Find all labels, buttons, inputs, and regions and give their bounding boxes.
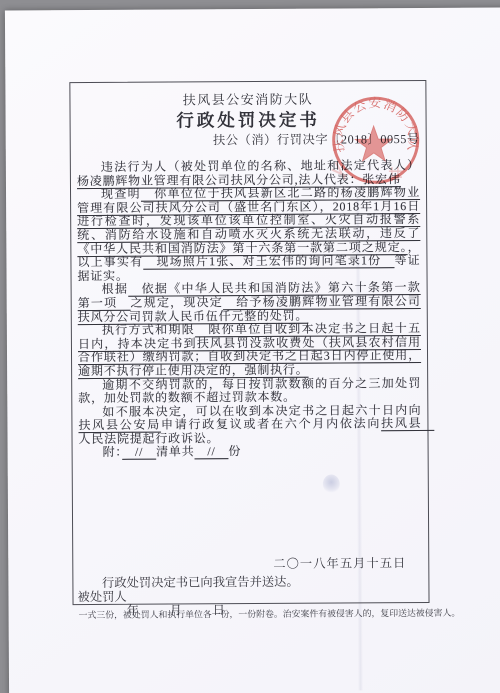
label-text: 份 — [228, 445, 241, 459]
label-text: 申请行政复议或者在六个月内依法向 — [161, 417, 381, 432]
label-text: 执行方式和期限 — [102, 323, 195, 338]
label-text: 根据 — [102, 282, 129, 296]
label-text: 现查明 — [101, 187, 141, 201]
document-border-box: 扶风县公安消防大队 行政处罚决定书 扶公（消）行罚决字〔2018〕0055号 扶… — [69, 80, 429, 605]
label-text: 逾期不交纳罚款的，每日按罚款数额的百分之三加处罚款，加处罚款的数额不超过罚款本数… — [78, 376, 421, 406]
copies-distribution-note: 一式三份，被处罚人和执行单位各一份，一份附卷。治安案件有被侵害人的，复印送达被侵… — [79, 606, 445, 621]
filled-text: 扶风县 — [381, 416, 434, 430]
paragraph-legal-basis: 根据 依据《中华人民共和国消防法》第六十条第一款第一项 之规定，现决定 给予杨凌… — [78, 281, 421, 324]
stamp-artifact — [332, 162, 347, 179]
official-seal-icon: 扶风县公安消防大队 — [317, 82, 434, 199]
document-body: 违法行为人（被处罚单位的名称、地址和法定代表人）杨凌鹏辉物业管理有限公司扶风分公… — [75, 159, 424, 460]
filled-text: 扶风县公安局 — [78, 418, 161, 433]
document-photo: 扶风县公安消防大队 行政处罚决定书 扶公（消）行罚决字〔2018〕0055号 扶… — [0, 0, 500, 693]
seal-star-icon — [356, 126, 392, 161]
label-text: 之规定，现决定 — [130, 295, 223, 310]
label-text: 清单共 — [156, 445, 194, 459]
label-text: 附： — [103, 445, 123, 459]
filled-text: // — [122, 445, 156, 459]
paragraph-attachment: 附： // 清单共 // 份 — [79, 444, 422, 460]
decision-date: 二〇一八年五月十五日 — [77, 556, 424, 573]
paragraph-appeal: 如不服本决定，可以在收到本决定书之日起六十日内向扶风县公安局申请行政复议或者在六… — [78, 404, 421, 447]
paper-sheet: 扶风县公安消防大队 行政处罚决定书 扶公（消）行罚决字〔2018〕0055号 扶… — [5, 7, 500, 693]
filled-text: 现场照片1张、对王宏伟的询问笔录1份 — [143, 253, 394, 269]
filled-text: // — [194, 445, 228, 459]
paragraph-late-penalty: 逾期不交纳罚款的，每日按罚款数额的百分之三加处罚款，加处罚款的数额不超过罚款本数… — [78, 377, 421, 406]
paragraph-findings: 现查明 你单位位于扶风县新区北二路的杨凌鹏辉物业管理有限公司扶风分公司（盛世名门… — [77, 186, 421, 283]
paragraph-execution: 执行方式和期限 限你单位自收到本决定书之日起十五日内，持本决定书到扶风县罚没款收… — [78, 322, 421, 378]
